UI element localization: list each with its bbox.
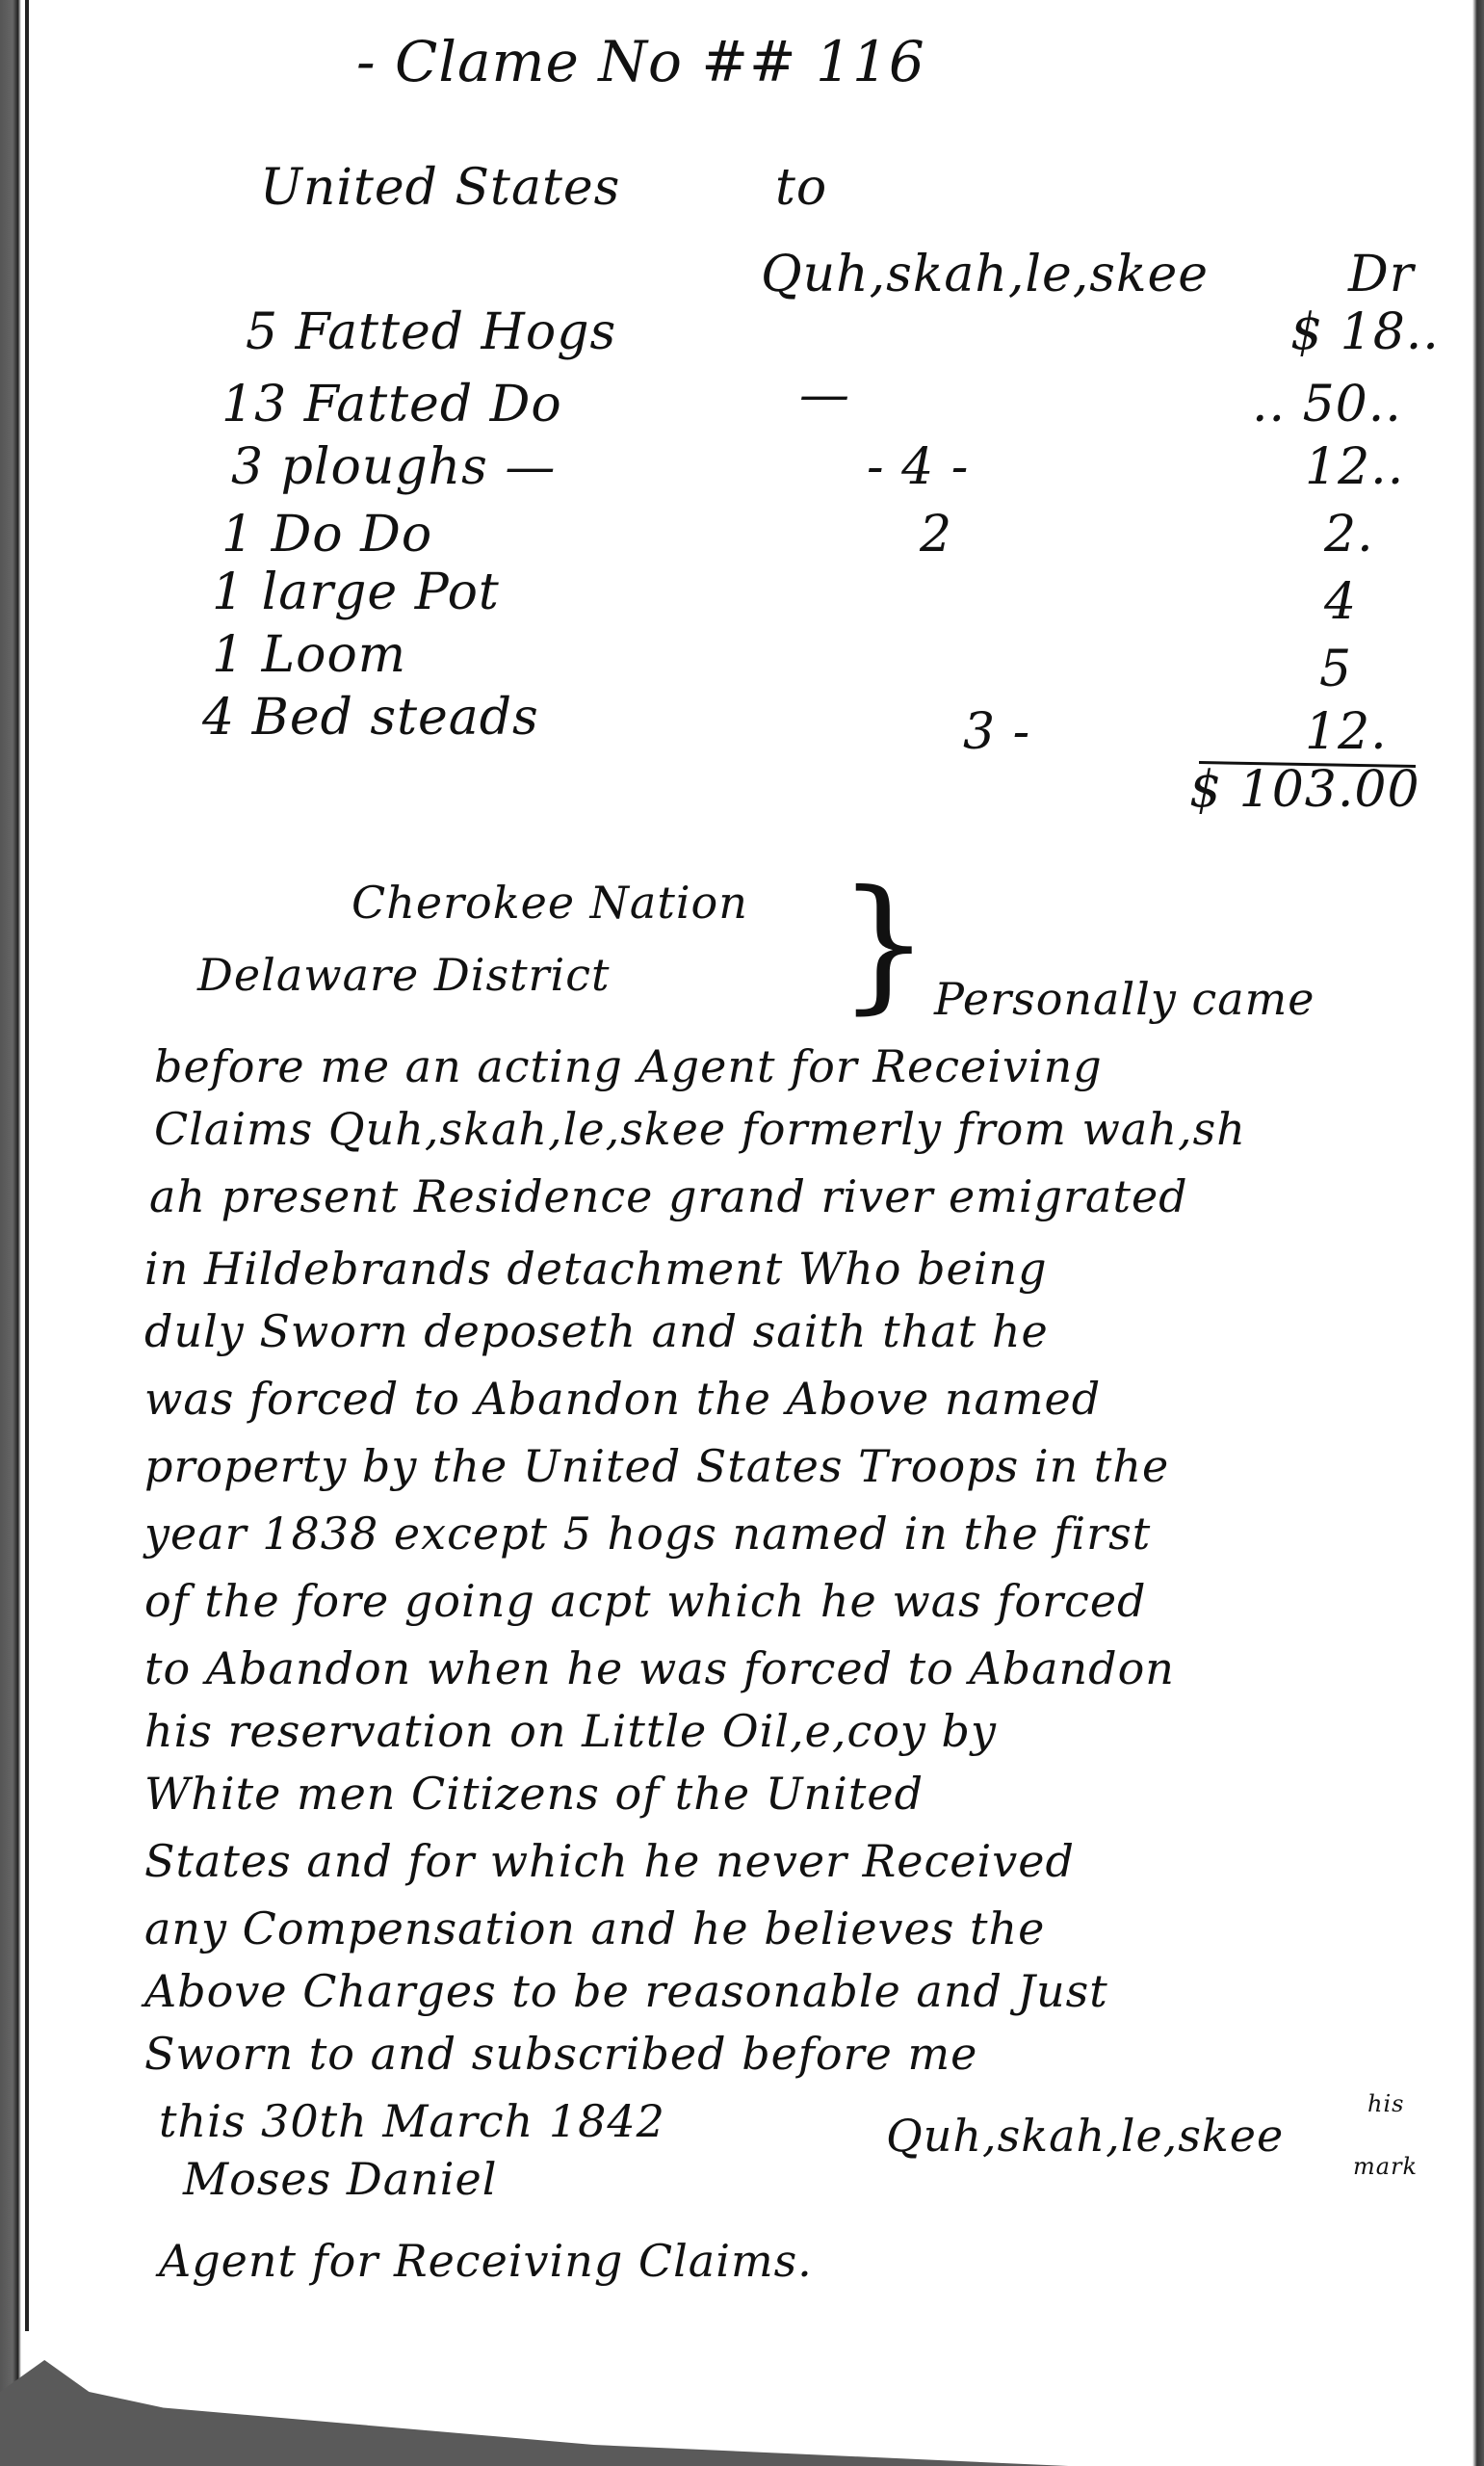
- agent-signature: Moses Daniel: [183, 2153, 497, 2205]
- affidavit-line: of the fore going acpt which he was forc…: [144, 1575, 1147, 1627]
- page-edge-line: [25, 0, 29, 2331]
- item-description: 1 large Pot: [212, 564, 500, 621]
- to-label: to: [775, 159, 827, 217]
- page-right-edge: [1472, 0, 1484, 2466]
- item-amount: .. 50..: [1252, 376, 1402, 433]
- affidavit-line: was forced to Abandon the Above named: [144, 1373, 1101, 1425]
- item-amount: $ 18..: [1290, 303, 1440, 361]
- item-description: 1 Do Do: [221, 506, 432, 564]
- claimant-name: Quh,skah,le,skee: [761, 246, 1209, 303]
- affidavit-line: to Abandon when he was forced to Abandon: [144, 1642, 1175, 1694]
- affidavit-line: before me an acting Agent for Receiving: [154, 1040, 1103, 1092]
- item-amount: 12..: [1305, 438, 1404, 496]
- item-amount: 2.: [1324, 506, 1374, 564]
- total-amount: $ 103.00: [1189, 761, 1420, 819]
- item-amount: 12.: [1305, 703, 1388, 761]
- item-description: 1 Loom: [212, 626, 406, 684]
- page-binding-edge: [0, 0, 21, 2466]
- venue-nation: Cherokee Nation: [351, 877, 748, 929]
- item-description: 3 ploughs —: [231, 438, 556, 496]
- claim-title: - Clame No ## 116: [356, 29, 925, 94]
- debit-label: Dr: [1348, 246, 1415, 303]
- page-corner-shadow: [0, 2360, 1484, 2466]
- claimant-signature: Quh,skah,le,skee: [886, 2110, 1284, 2162]
- mark-label: mark: [1353, 2153, 1418, 2180]
- item-amount: 5: [1319, 641, 1352, 698]
- payer: United States: [260, 159, 620, 217]
- item-rate: 2: [920, 506, 952, 564]
- affidavit-line: property by the United States Troops in …: [144, 1440, 1169, 1492]
- affidavit-line: Above Charges to be reasonable and Just: [144, 1965, 1108, 2017]
- affidavit-line: States and for which he never Received: [144, 1835, 1075, 1887]
- affidavit-line: year 1838 except 5 hogs named in the fir…: [144, 1508, 1151, 1560]
- item-rate: - 4 -: [867, 438, 969, 496]
- item-rate: 3 -: [963, 703, 1030, 761]
- affidavit-line: duly Sworn deposeth and saith that he: [144, 1305, 1049, 1357]
- item-description: 13 Fatted Do: [221, 376, 562, 433]
- item-amount: 4: [1324, 573, 1357, 631]
- affidavit-line: Personally came: [934, 973, 1315, 1025]
- agent-title: Agent for Receiving Claims.: [159, 2235, 813, 2287]
- item-description: 4 Bed steads: [202, 689, 539, 747]
- affidavit-line: Claims Quh,skah,le,skee formerly from wa…: [154, 1103, 1246, 1155]
- item-rate: —: [799, 366, 850, 424]
- affidavit-line: Sworn to and subscribed before me: [144, 2028, 977, 2080]
- item-description: 5 Fatted Hogs: [246, 303, 616, 361]
- venue-brace: }: [838, 872, 929, 1016]
- venue-district: Delaware District: [197, 949, 611, 1001]
- affidavit-line: any Compensation and he believes the: [144, 1902, 1045, 1954]
- affidavit-line: in Hildebrands detachment Who being: [144, 1243, 1048, 1295]
- affidavit-line: this 30th March 1842: [159, 2095, 665, 2147]
- mark-his: his: [1367, 2090, 1404, 2117]
- affidavit-line: White men Citizens of the United: [144, 1768, 924, 1820]
- affidavit-line: ah present Residence grand river emigrat…: [149, 1170, 1188, 1222]
